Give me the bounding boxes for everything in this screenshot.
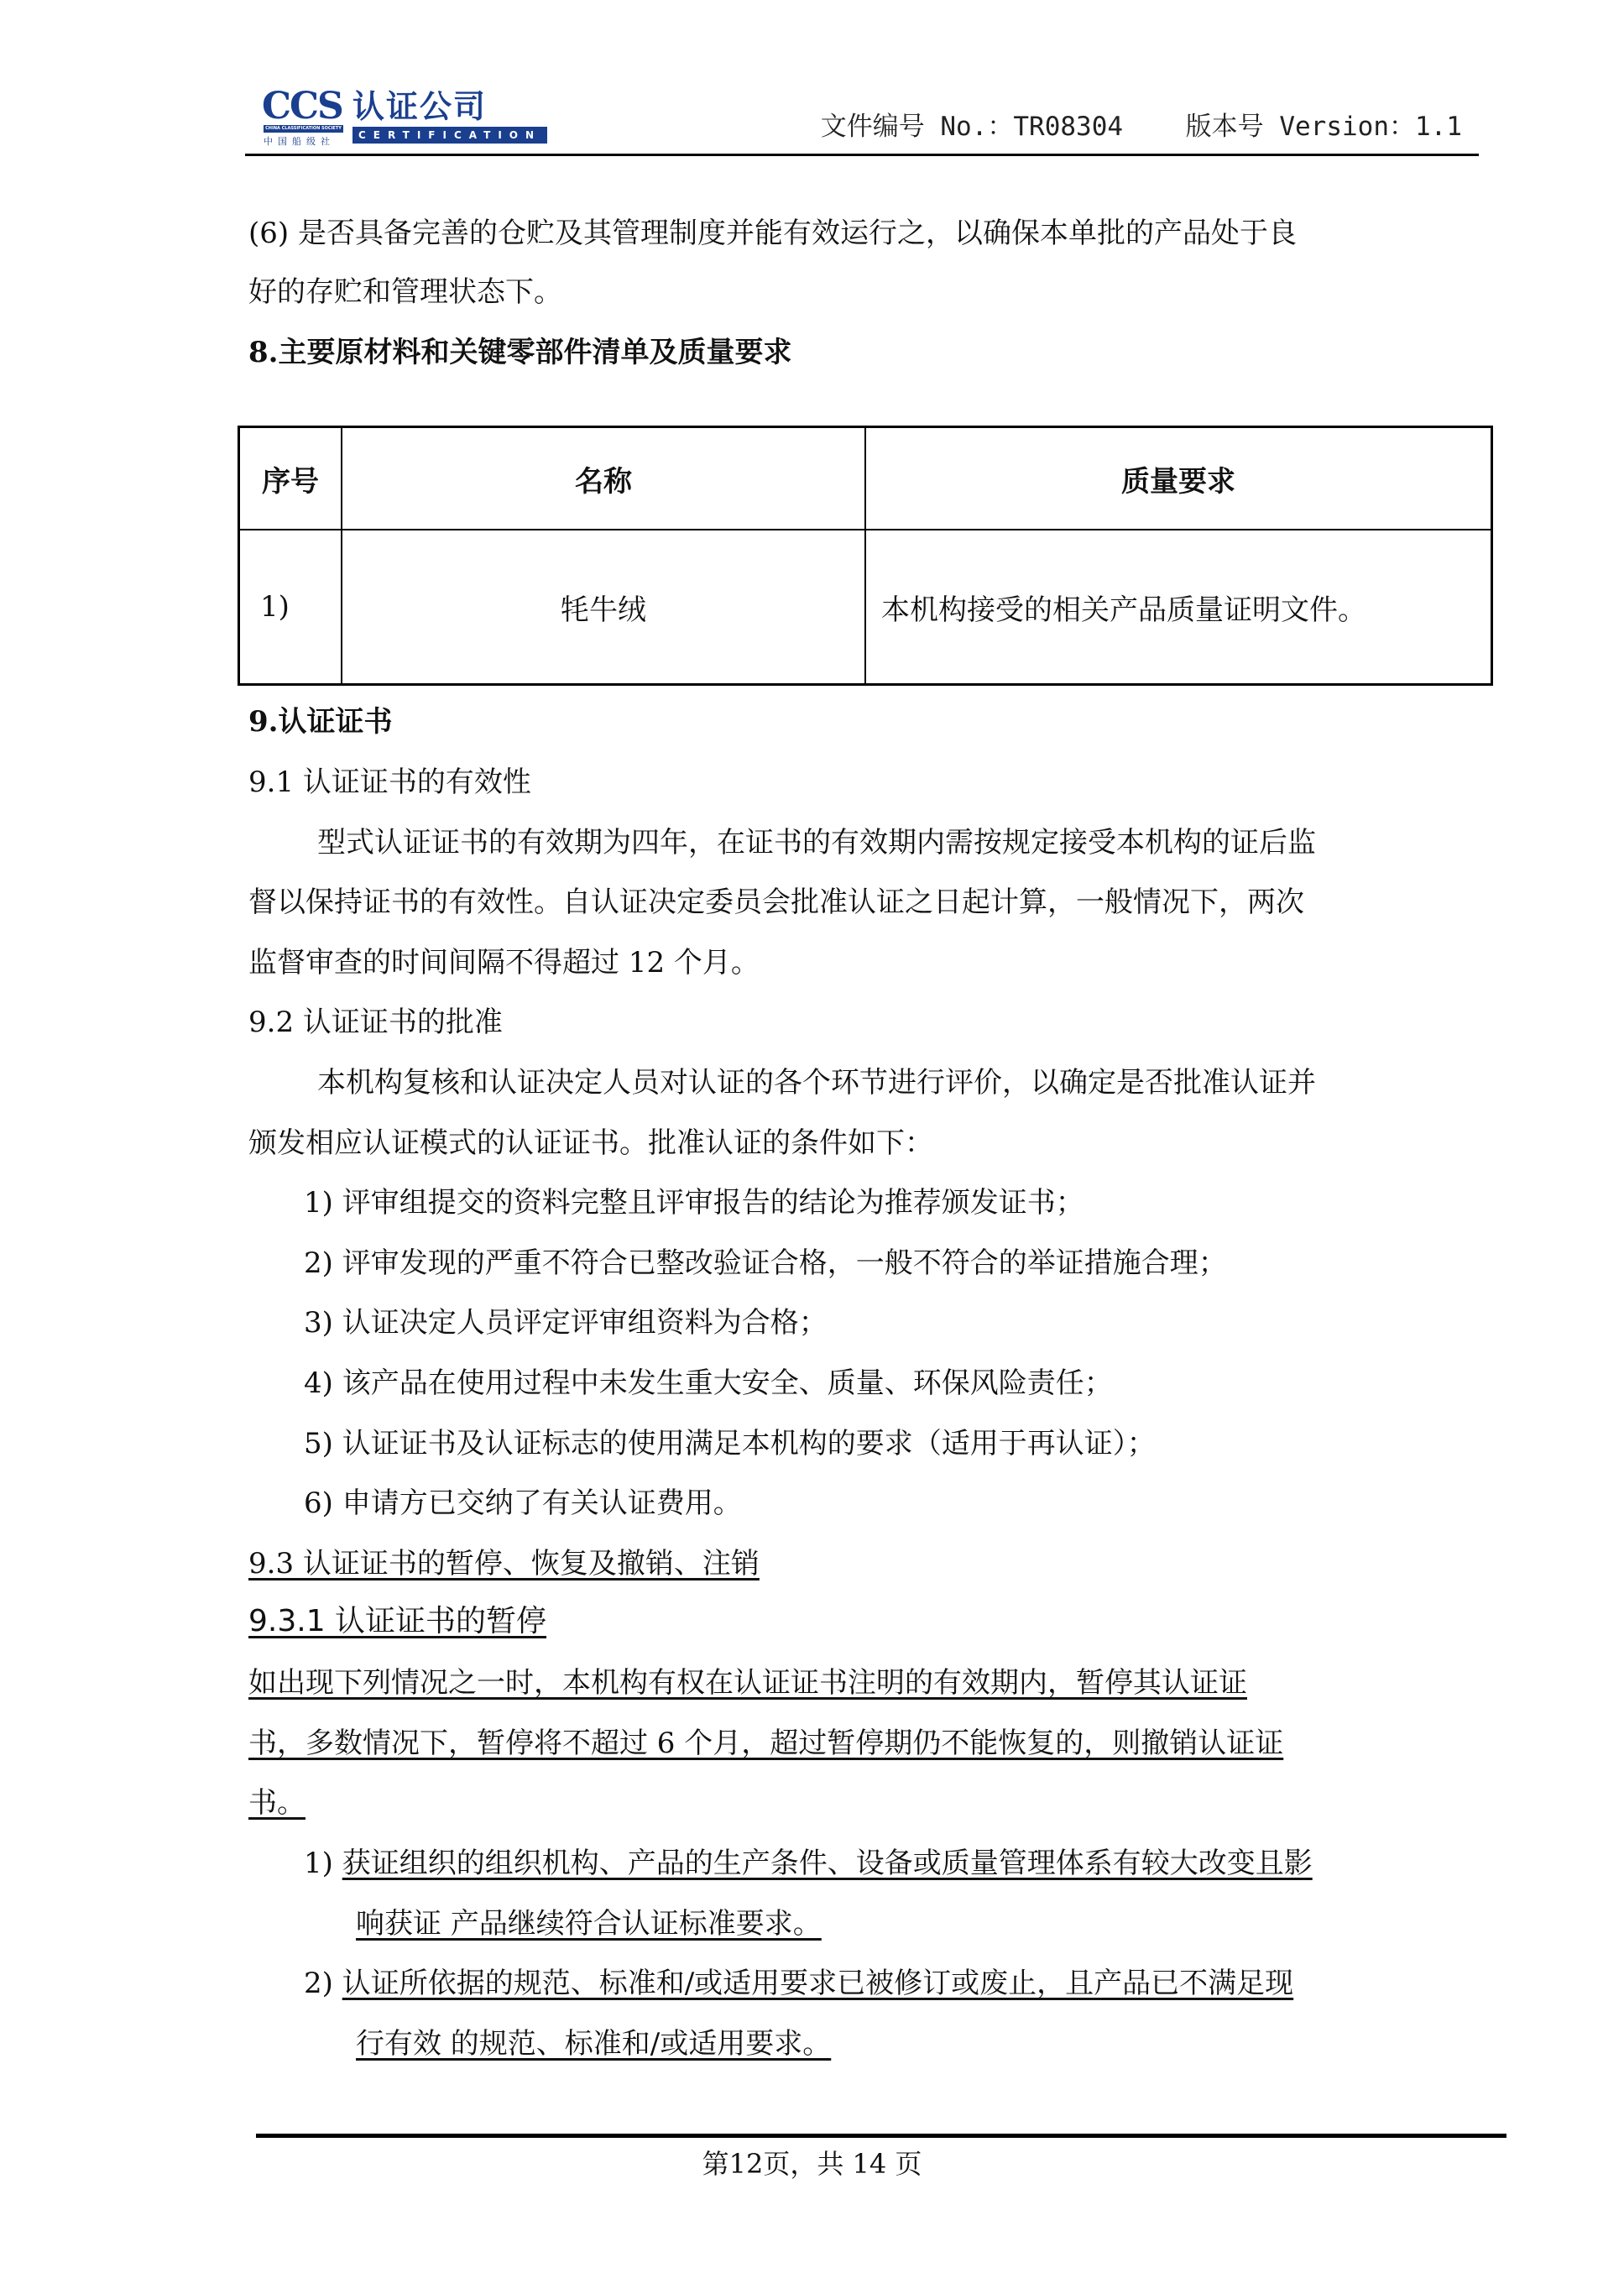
header-divider — [245, 154, 1479, 156]
logo-society-label: CHINA CLASSIFICATION SOCIETY — [264, 125, 343, 133]
section-9-2-line2: 颁发相应认证模式的认证证书。批准认证的条件如下： — [248, 1126, 1478, 1160]
section-9-3-1-title: 9.3.1 认证证书的暂停 — [248, 1605, 1478, 1638]
section-9-2-line1: 本机构复核和认证决定人员对认证的各个环节进行评价，以确定是否批准认证并 — [248, 1066, 1547, 1100]
suspension-item-2-number: 2) — [304, 1967, 333, 2000]
section-9-3-1-line2: 书，多数情况下，暂停将不超过 6 个月，超过暂停期仍不能恢复的，则撤销认证证 — [248, 1727, 1478, 1760]
section-9-1-line1: 型式认证证书的有效期为四年，在证书的有效期内需按规定接受本机构的证后监 — [248, 826, 1547, 859]
suspension-item-2-line1: 2) 认证所依据的规范、标准和/或适用要求已被修订或废止，且产品已不满足现 — [304, 1967, 1533, 2000]
suspension-item-1-number: 1) — [304, 1847, 333, 1880]
table-cell-quality: 本机构接受的相关产品质量证明文件。 — [865, 530, 1492, 685]
condition-item-4: 4) 该产品在使用过程中未发生重大安全、质量、环保风险责任； — [304, 1366, 1533, 1400]
table-header-index: 序号 — [239, 427, 342, 530]
materials-table: 序号 名称 质量要求 1) 牦牛绒 本机构接受的相关产品质量证明文件。 — [238, 426, 1493, 686]
section-9-1-line2: 督以保持证书的有效性。自认证决定委员会批准认证之日起计算，一般情况下，两次 — [248, 886, 1478, 919]
logo-ccs-mark: CCS — [262, 88, 342, 125]
document-page: CCS CHINA CLASSIFICATION SOCIETY 中国船级社 认… — [0, 0, 1624, 2278]
condition-item-2: 2) 评审发现的严重不符合已整改验证合格，一般不符合的举证措施合理； — [304, 1246, 1533, 1280]
logo-cn-subtitle: 中国船级社 — [264, 134, 335, 148]
condition-item-1: 1) 评审组提交的资料完整且评审报告的结论为推荐颁发证书； — [304, 1186, 1533, 1220]
page-number: 第12页，共 14 页 — [0, 2147, 1624, 2181]
ccs-logo: CCS CHINA CLASSIFICATION SOCIETY 中国船级社 认… — [262, 88, 551, 147]
section-8-title: 8.主要原材料和关键零部件清单及质量要求 — [248, 336, 1478, 369]
paragraph-6-line1: (6) 是否具备完善的仓贮及其管理制度并能有效运行之，以确保本单批的产品处于良 — [248, 217, 1478, 250]
page-header: CCS CHINA CLASSIFICATION SOCIETY 中国船级社 认… — [245, 80, 1479, 157]
table-cell-index: 1) — [239, 530, 342, 685]
section-9-1-line3: 监督审查的时间间隔不得超过 12 个月。 — [248, 946, 1478, 980]
section-9-3-1-line3: 书。 — [248, 1786, 1478, 1820]
condition-item-3: 3) 认证决定人员评定评审组资料为合格； — [304, 1306, 1533, 1340]
suspension-item-2-line2: 行有效 的规范、标准和/或适用要求。 — [356, 2027, 1585, 2061]
condition-item-6: 6) 申请方已交纳了有关认证费用。 — [304, 1486, 1533, 1520]
section-9-2-title: 9.2 认证证书的批准 — [248, 1006, 1478, 1039]
table-header-row: 序号 名称 质量要求 — [239, 427, 1492, 530]
section-9-1-title: 9.1 认证证书的有效性 — [248, 765, 1478, 799]
table-header-name: 名称 — [342, 427, 865, 530]
section-9-3-title: 9.3 认证证书的暂停、恢复及撤销、注销 — [248, 1547, 1478, 1580]
footer-divider — [256, 2134, 1507, 2138]
section-9-3-1-line1: 如出现下列情况之一时，本机构有权在认证证书注明的有效期内，暂停其认证证 — [248, 1666, 1478, 1700]
suspension-item-1-line1: 1) 获证组织的组织机构、产品的生产条件、设备或质量管理体系有较大改变且影 — [304, 1847, 1533, 1880]
document-number: 文件编号 No.：TR08304 版本号 Version：1.1 — [821, 110, 1462, 144]
table-row: 1) 牦牛绒 本机构接受的相关产品质量证明文件。 — [239, 530, 1492, 685]
paragraph-6-line2: 好的存贮和管理状态下。 — [248, 275, 1478, 309]
logo-cn-title: 认证公司 — [352, 90, 487, 123]
table-cell-name: 牦牛绒 — [342, 530, 865, 685]
logo-certification-banner: CERTIFICATION — [352, 127, 547, 144]
suspension-item-1-line2: 响获证 产品继续符合认证标准要求。 — [356, 1907, 1585, 1941]
condition-item-5: 5) 认证证书及认证标志的使用满足本机构的要求（适用于再认证）； — [304, 1427, 1533, 1460]
section-9-title: 9.认证证书 — [248, 705, 1478, 739]
table-header-quality: 质量要求 — [865, 427, 1492, 530]
